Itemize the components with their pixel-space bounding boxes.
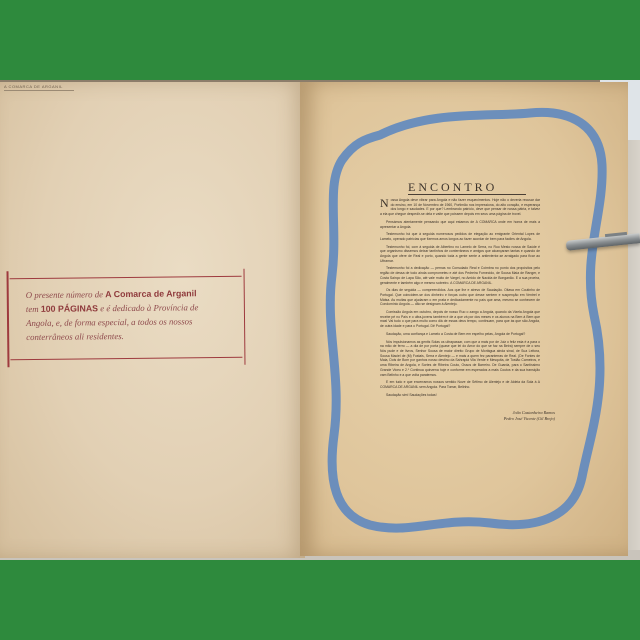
- dedication-notice-box: O presente número de A Comarca de Argani…: [10, 276, 243, 360]
- publication-name: A Comarca de Arganil: [105, 288, 196, 299]
- running-head-rule: [4, 90, 74, 91]
- left-page: A COMARCA DE ARGANIL O presente número d…: [0, 82, 305, 558]
- dedication-notice-text: O presente número de A Comarca de Argani…: [26, 286, 237, 344]
- article-title: ENCONTRO: [408, 180, 497, 195]
- title-rule: [408, 194, 526, 195]
- photo-border-top: [0, 0, 640, 80]
- drop-cap: N: [380, 198, 389, 208]
- signature-2: Pedro José Vicente (Gil Brejo): [455, 416, 555, 422]
- signatures: João Castanheira Ramos Pedro José Vicent…: [455, 410, 555, 422]
- running-head: A COMARCA DE ARGANIL: [4, 84, 63, 89]
- photo-border-bottom: [0, 560, 640, 640]
- page-count: 100 PÁGINAS: [41, 303, 98, 314]
- article-body: Nossa Angola deve vibrar para Angola e n…: [380, 198, 540, 400]
